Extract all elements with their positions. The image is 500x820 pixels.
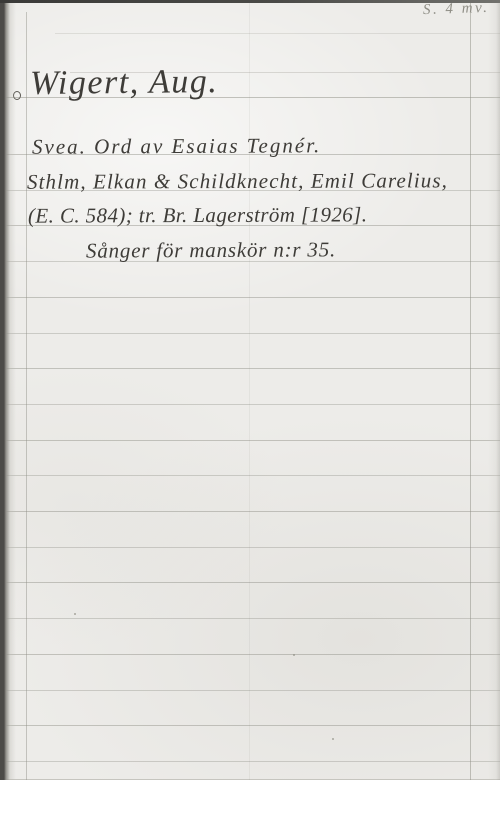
scan-edge-top <box>0 0 500 3</box>
ruled-line <box>0 547 500 548</box>
margin-line <box>470 2 471 780</box>
ruled-line <box>0 761 500 762</box>
paper-speck <box>74 613 76 615</box>
ruled-line <box>55 33 500 34</box>
ruled-line <box>0 333 500 334</box>
card-paper: S. 4 mv. Wigert, Aug. Svea. Ord av Esaia… <box>0 0 500 780</box>
entry-line-title: Svea. Ord av Esaias Tegnér. <box>32 133 321 160</box>
ruled-line <box>0 654 500 655</box>
ruled-line <box>0 618 500 619</box>
margin-line <box>26 12 27 780</box>
entry-line-publisher: Sthlm, Elkan & Schildknecht, Emil Careli… <box>27 168 448 194</box>
entry-line-series: Sånger för manskör n:r 35. <box>86 237 336 263</box>
scan-edge-right <box>488 0 500 780</box>
card-heading: Wigert, Aug. <box>30 63 219 103</box>
paper-speck <box>332 738 334 740</box>
entry-line-plate-printer: (E. C. 584); tr. Br. Lagerström [1926]. <box>28 202 367 228</box>
ruled-line <box>0 368 500 369</box>
scanned-catalog-card: S. 4 mv. Wigert, Aug. Svea. Ord av Esaia… <box>0 0 500 820</box>
margin-line <box>249 0 250 780</box>
ruled-line <box>0 297 500 298</box>
ruled-line <box>0 404 500 405</box>
scan-edge-left <box>0 0 16 780</box>
ruled-line <box>0 725 500 726</box>
ruled-line <box>0 690 500 691</box>
ruled-line <box>0 511 500 512</box>
ruled-line <box>0 440 500 441</box>
paper-speck <box>293 654 295 656</box>
ruled-line <box>0 475 500 476</box>
ruled-line <box>0 582 500 583</box>
